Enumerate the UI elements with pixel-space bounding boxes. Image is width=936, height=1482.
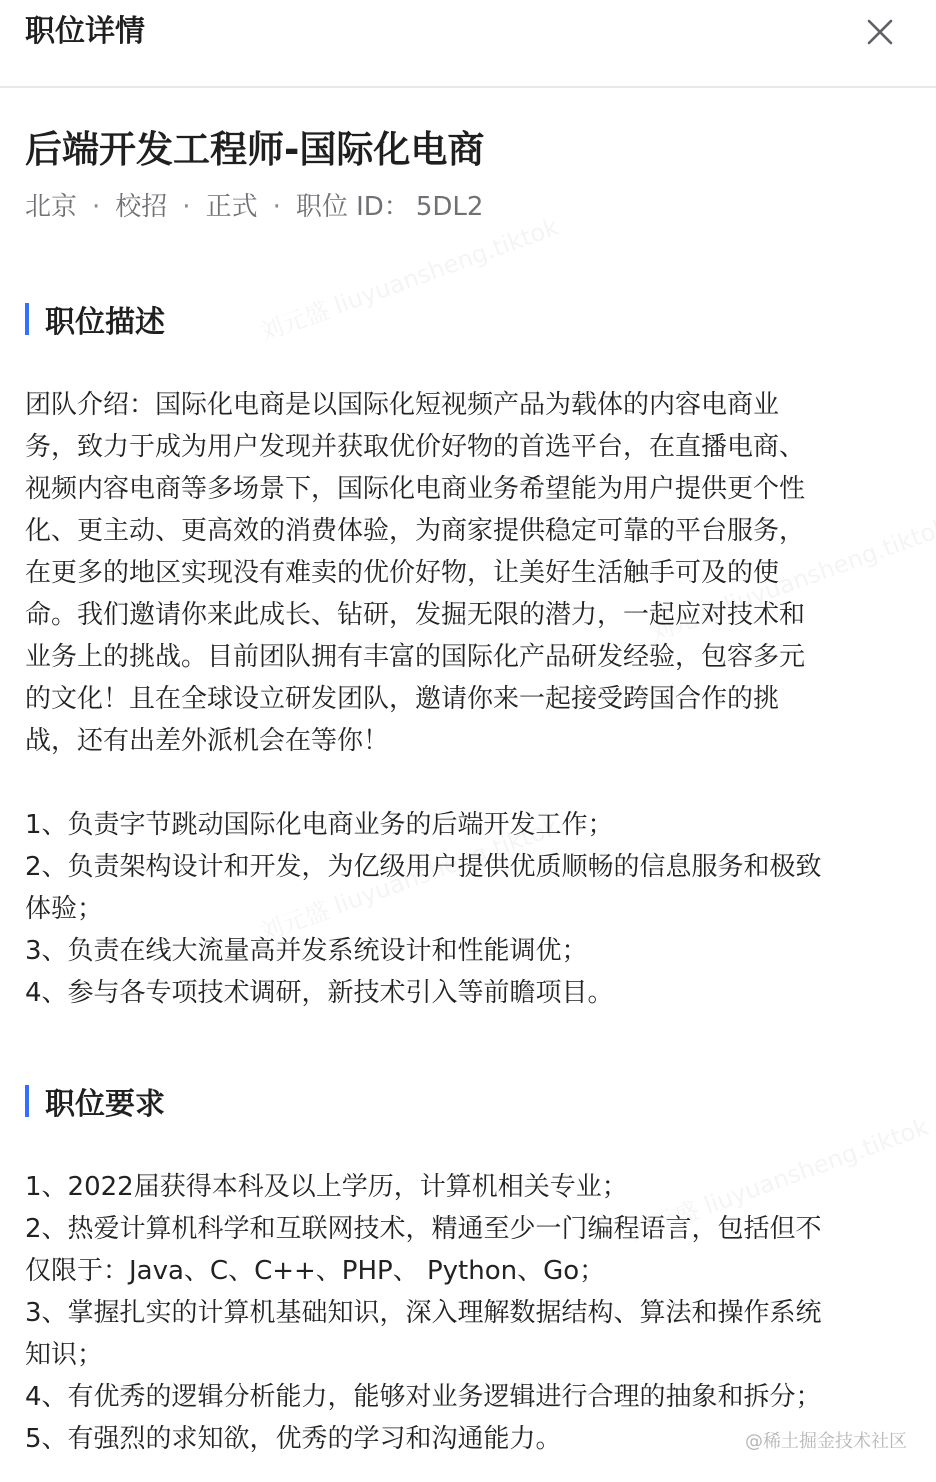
list-item: 3、负责在线大流量高并发系统设计和性能调优； [25,930,905,972]
list-item: 3、掌握扎实的计算机基础知识，深入理解数据结构、算法和操作系统 知识； [25,1292,905,1376]
job-employment-type: 正式 [206,182,258,232]
job-id-label: 职位 ID： [296,182,410,232]
list-item: 2、热爱计算机科学和互联网技术，精通至少一门编程语言，包括但不 仅限于：Java… [25,1208,905,1292]
list-item: 2、负责架构设计和开发，为亿级用户提供优质顺畅的信息服务和极致 体验； [25,846,905,930]
meta-separator: · [92,182,100,232]
close-icon [862,14,898,50]
meta-separator: · [273,182,281,232]
requirements-list: 1、2022届获得本科及以上学历，计算机相关专业； 2、热爱计算机科学和互联网技… [25,1166,905,1460]
list-item: 4、参与各专项技术调研，新技术引入等前瞻项目。 [25,972,905,1014]
section-title: 职位描述 [45,297,165,341]
job-city: 北京 [25,182,77,232]
modal-header: 职位详情 [0,0,936,88]
site-watermark: @稀土掘金技术社区 [745,1428,907,1456]
modal-title: 职位详情 [25,12,145,52]
job-title: 后端开发工程师-国际化电商 [25,120,905,180]
section-accent-bar [25,1085,29,1117]
job-recruit-type: 校招 [115,182,167,232]
duties-list: 1、负责字节跳动国际化电商业务的后端开发工作； 2、负责架构设计和开发，为亿级用… [25,804,905,1014]
job-detail: 后端开发工程师-国际化电商 北京 · 校招 · 正式 · 职位 ID： 5DL2… [25,120,905,232]
section-title: 职位要求 [45,1079,165,1123]
team-intro: 团队介绍：国际化电商是以国际化短视频产品为载体的内容电商业 务，致力于成为用户发… [25,384,905,762]
list-item: 4、有优秀的逻辑分析能力，能够对业务逻辑进行合理的抽象和拆分； [25,1376,905,1418]
close-button[interactable] [862,14,898,50]
list-item: 1、负责字节跳动国际化电商业务的后端开发工作； [25,804,905,846]
section-description-header: 职位描述 [25,300,165,338]
section-requirements-header: 职位要求 [25,1082,165,1120]
list-item: 1、2022届获得本科及以上学历，计算机相关专业； [25,1166,905,1208]
meta-separator: · [182,182,190,232]
job-meta: 北京 · 校招 · 正式 · 职位 ID： 5DL2 [25,182,905,232]
job-id-value: 5DL2 [416,182,484,232]
section-accent-bar [25,303,29,335]
